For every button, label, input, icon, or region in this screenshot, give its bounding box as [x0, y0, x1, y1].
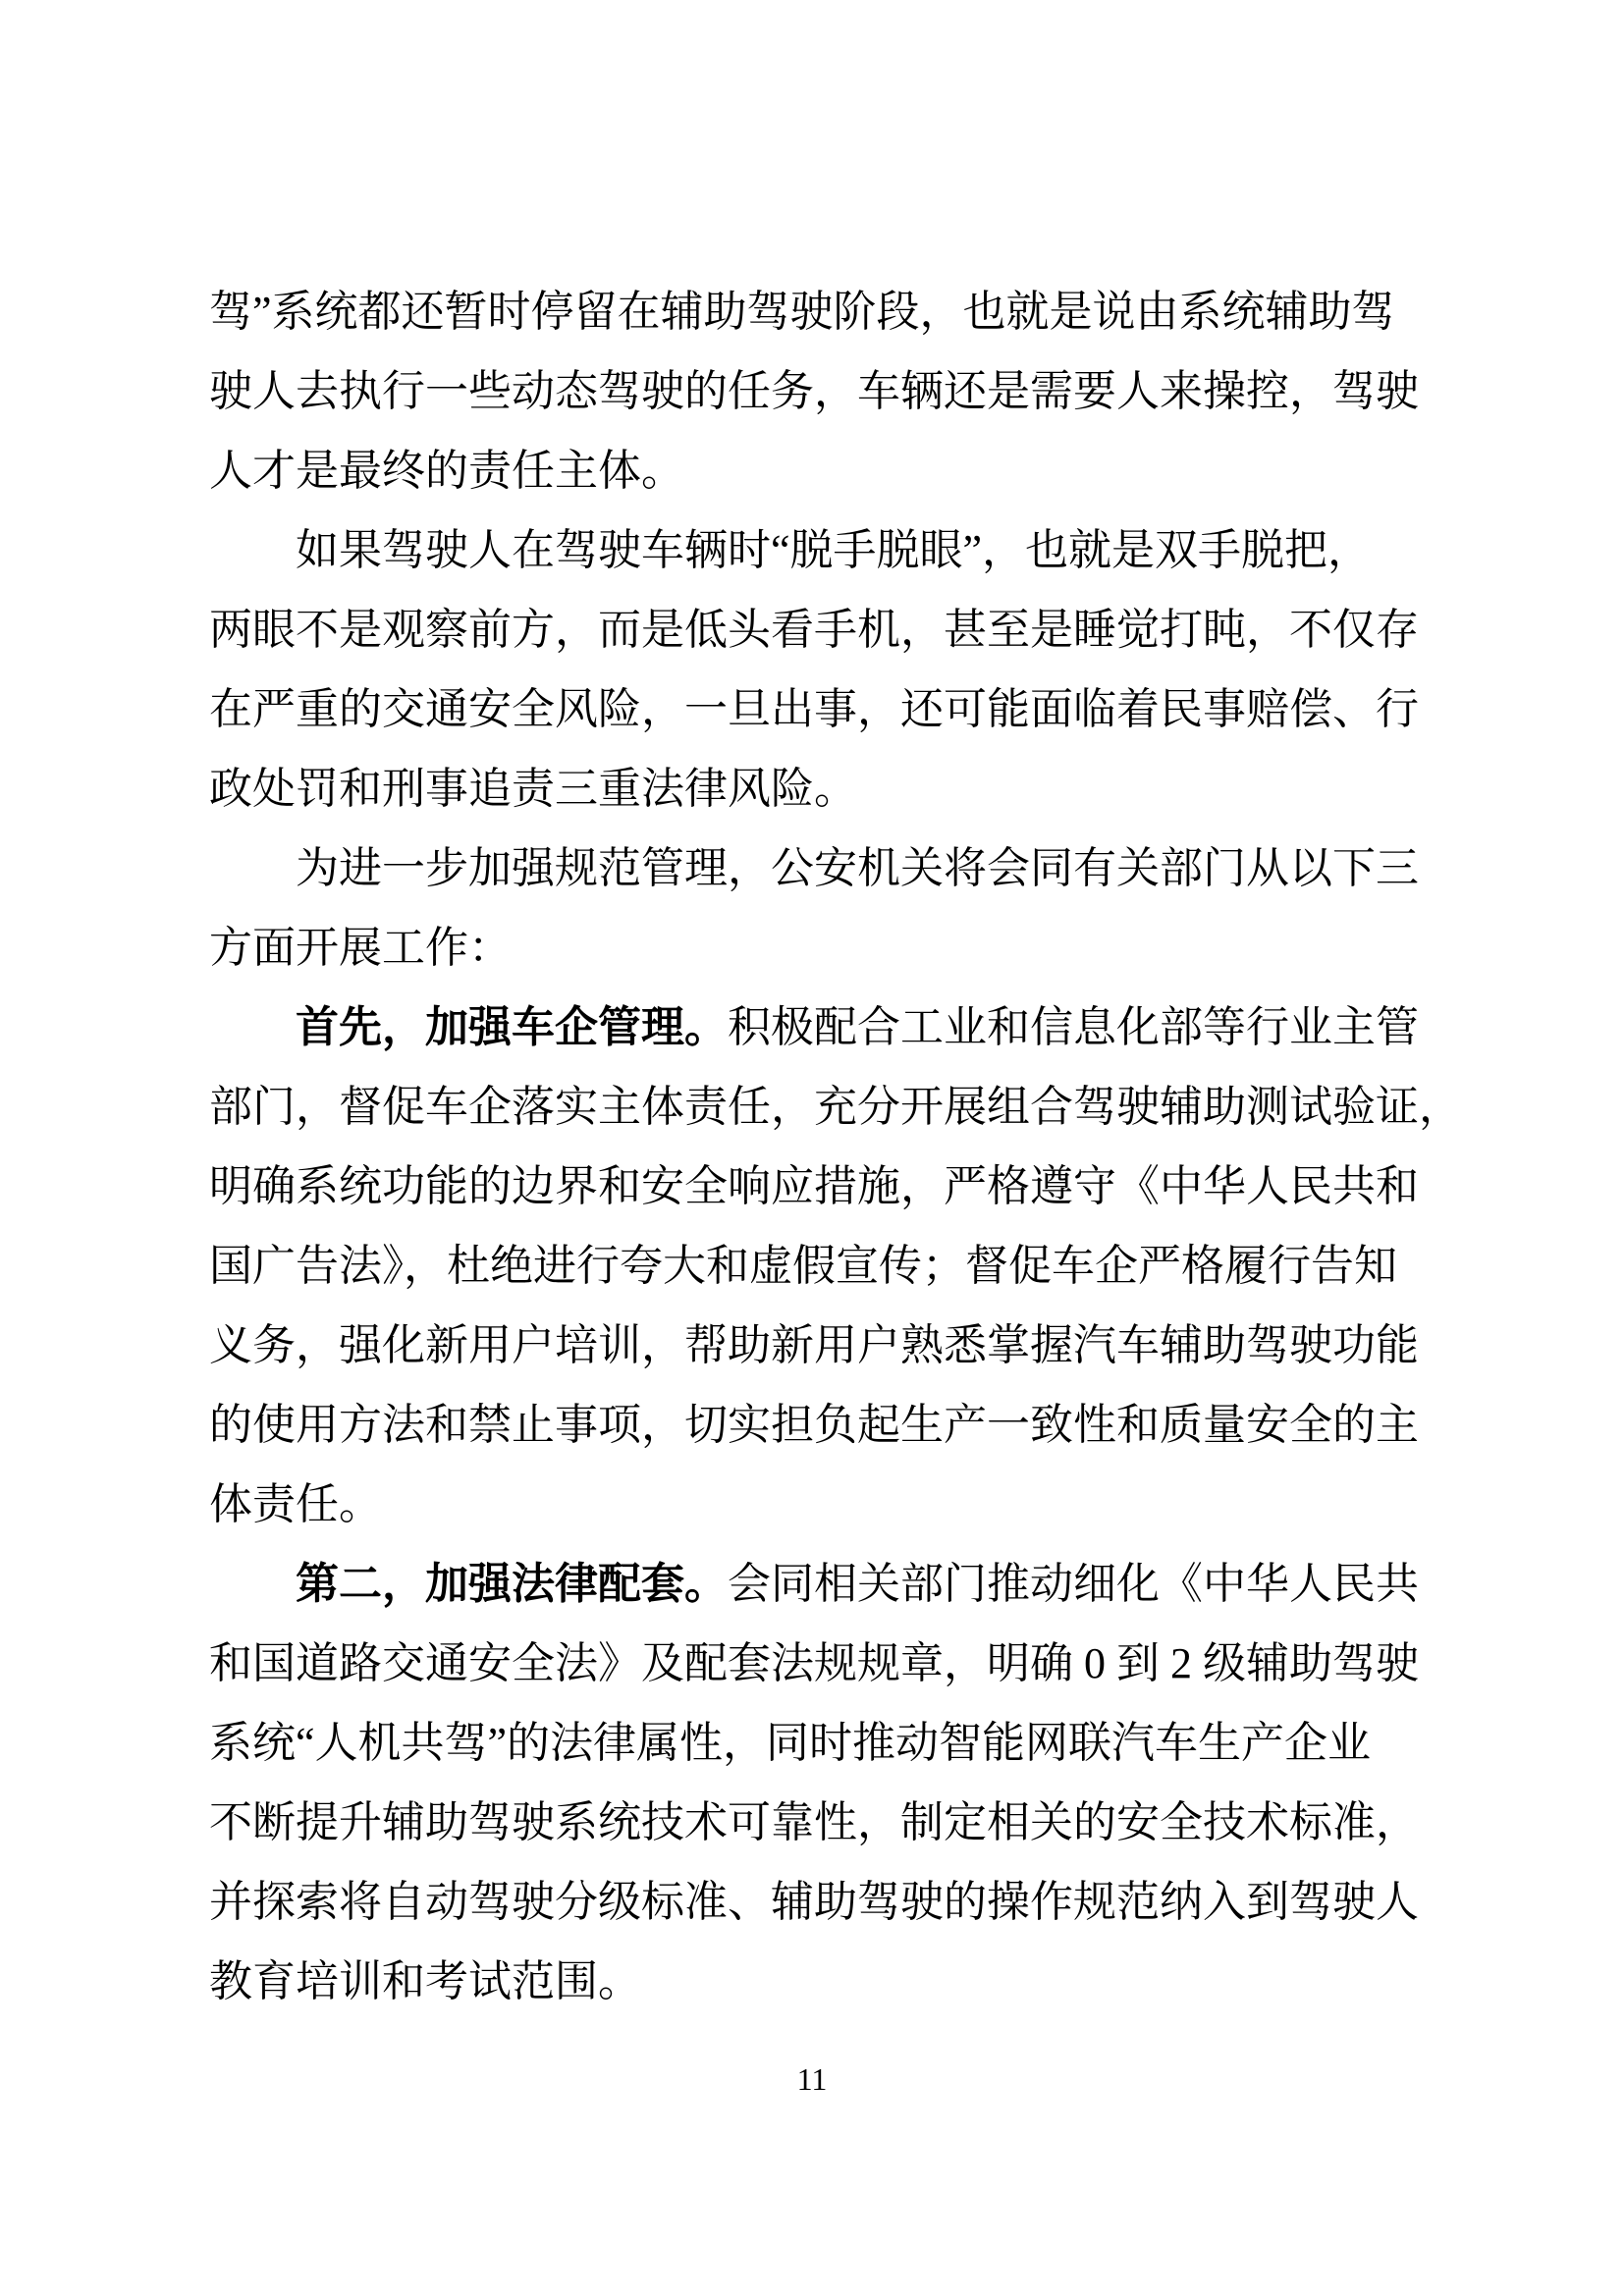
- text-run: 部门，督促车企落实主体责任，充分开展组合驾驶辅助测试验证，: [209, 1083, 1462, 1131]
- text-line: 如果驾驶人在驾驶车辆时“脱手脱眼”，也就是双手脱把，: [209, 510, 1419, 590]
- text-run: 为进一步加强规范管理，公安机关将会同有关部门从以下三: [209, 844, 1419, 892]
- text-run: 义务，强化新用户培训，帮助新用户熟悉掌握汽车辅助驾驶功能: [209, 1321, 1419, 1369]
- bold-text-run: 第二，加强法律配套。: [296, 1560, 728, 1608]
- text-line: 和国道路交通安全法》及配套法规规章，明确 0 到 2 级辅助驾驶: [209, 1624, 1419, 1703]
- text-line: 明确系统功能的边界和安全响应措施，严格遵守《中华人民共和: [209, 1147, 1419, 1226]
- text-line: 部门，督促车企落实主体责任，充分开展组合驾驶辅助测试验证，: [209, 1067, 1419, 1147]
- text-run: 积极配合工业和信息化部等行业主管: [728, 1003, 1419, 1051]
- text-line: 教育培训和考试范围。: [209, 1942, 1419, 2021]
- text-run: 驶人去执行一些动态驾驶的任务，车辆还是需要人来操控，驾驶: [209, 367, 1419, 415]
- text-run: 的使用方法和禁止事项，切实担负起生产一致性和质量安全的主: [209, 1401, 1419, 1449]
- text-line: 第二，加强法律配套。会同相关部门推动细化《中华人民共: [209, 1544, 1419, 1624]
- text-run: 教育培训和考试范围。: [209, 1957, 641, 2005]
- text-run: 不断提升辅助驾驶系统技术可靠性，制定相关的安全技术标准，: [209, 1798, 1419, 1846]
- text-run: [209, 1003, 296, 1051]
- text-line: 系统“人机共驾”的法律属性，同时推动智能网联汽车生产企业: [209, 1703, 1419, 1783]
- text-line: 并探索将自动驾驶分级标准、辅助驾驶的操作规范纳入到驾驶人: [209, 1862, 1419, 1942]
- text-run: 两眼不是观察前方，而是低头看手机，甚至是睡觉打盹，不仅存: [209, 606, 1419, 654]
- paragraph: 首先，加强车企管理。积极配合工业和信息化部等行业主管部门，督促车企落实主体责任，…: [209, 988, 1419, 1544]
- text-line: 首先，加强车企管理。积极配合工业和信息化部等行业主管: [209, 988, 1419, 1067]
- paragraph: 如果驾驶人在驾驶车辆时“脱手脱眼”，也就是双手脱把，两眼不是观察前方，而是低头看…: [209, 510, 1419, 828]
- text-run: 人才是最终的责任主体。: [209, 447, 684, 495]
- text-run: 国广告法》，杜绝进行夸大和虚假宣传；督促车企严格履行告知: [209, 1242, 1397, 1290]
- text-line: 的使用方法和禁止事项，切实担负起生产一致性和质量安全的主: [209, 1385, 1419, 1465]
- text-run: 并探索将自动驾驶分级标准、辅助驾驶的操作规范纳入到驾驶人: [209, 1878, 1419, 1926]
- paragraph: 第二，加强法律配套。会同相关部门推动细化《中华人民共和国道路交通安全法》及配套法…: [209, 1544, 1419, 2021]
- paragraph: 为进一步加强规范管理，公安机关将会同有关部门从以下三方面开展工作：: [209, 828, 1419, 988]
- text-line: 两眼不是观察前方，而是低头看手机，甚至是睡觉打盹，不仅存: [209, 590, 1419, 669]
- page-number: 11: [0, 2061, 1624, 2097]
- document-body: 驾”系统都还暂时停留在辅助驾驶阶段，也就是说由系统辅助驾驶人去执行一些动态驾驶的…: [209, 272, 1419, 2021]
- text-run: 方面开展工作：: [209, 924, 512, 972]
- text-line: 国广告法》，杜绝进行夸大和虚假宣传；督促车企严格履行告知: [209, 1226, 1419, 1306]
- text-run: 会同相关部门推动细化《中华人民共: [728, 1560, 1419, 1608]
- text-run: 如果驾驶人在驾驶车辆时“脱手脱眼”，也就是双手脱把，: [209, 526, 1371, 574]
- paragraph: 驾”系统都还暂时停留在辅助驾驶阶段，也就是说由系统辅助驾驶人去执行一些动态驾驶的…: [209, 272, 1419, 510]
- text-line: 政处罚和刑事追责三重法律风险。: [209, 749, 1419, 828]
- text-run: 系统“人机共驾”的法律属性，同时推动智能网联汽车生产企业: [209, 1719, 1371, 1767]
- bold-text-run: 首先，加强车企管理。: [296, 1003, 728, 1051]
- text-line: 不断提升辅助驾驶系统技术可靠性，制定相关的安全技术标准，: [209, 1783, 1419, 1862]
- text-run: 在严重的交通安全风险，一旦出事，还可能面临着民事赔偿、行: [209, 685, 1419, 733]
- text-line: 驾”系统都还暂时停留在辅助驾驶阶段，也就是说由系统辅助驾: [209, 272, 1419, 351]
- document-page: 驾”系统都还暂时停留在辅助驾驶阶段，也就是说由系统辅助驾驶人去执行一些动态驾驶的…: [0, 0, 1624, 2296]
- text-run: 明确系统功能的边界和安全响应措施，严格遵守《中华人民共和: [209, 1162, 1419, 1210]
- text-line: 人才是最终的责任主体。: [209, 431, 1419, 510]
- text-run: 政处罚和刑事追责三重法律风险。: [209, 765, 857, 813]
- text-run: 和国道路交通安全法》及配套法规规章，明确 0 到 2 级辅助驾驶: [209, 1639, 1419, 1687]
- text-run: 体责任。: [209, 1480, 382, 1528]
- text-line: 体责任。: [209, 1465, 1419, 1544]
- text-line: 为进一步加强规范管理，公安机关将会同有关部门从以下三: [209, 828, 1419, 908]
- text-line: 在严重的交通安全风险，一旦出事，还可能面临着民事赔偿、行: [209, 669, 1419, 749]
- text-line: 驶人去执行一些动态驾驶的任务，车辆还是需要人来操控，驾驶: [209, 351, 1419, 431]
- text-run: [209, 1560, 296, 1608]
- text-run: 驾”系统都还暂时停留在辅助驾驶阶段，也就是说由系统辅助驾: [209, 288, 1395, 336]
- text-line: 义务，强化新用户培训，帮助新用户熟悉掌握汽车辅助驾驶功能: [209, 1306, 1419, 1385]
- text-line: 方面开展工作：: [209, 908, 1419, 988]
